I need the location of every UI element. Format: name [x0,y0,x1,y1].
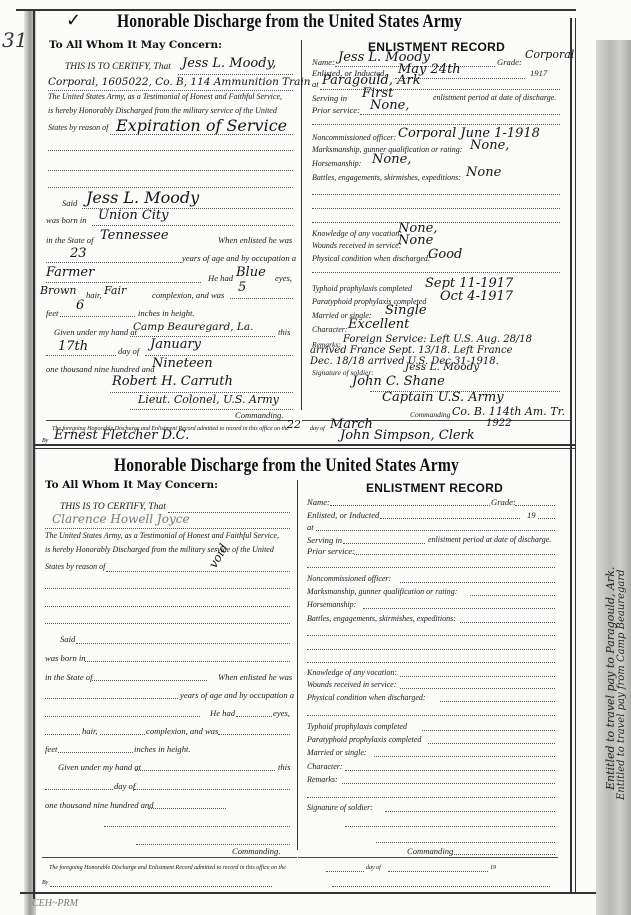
said-label-bottom: Said [60,634,75,644]
line [100,734,145,735]
at-label: at [312,79,319,89]
testimonial-line1-bottom: The United States Army, as a Testimonial… [45,531,279,540]
line [60,316,135,317]
officer-name-top-right: John C. Shane [352,374,445,389]
line [135,770,275,771]
line [58,752,133,753]
certify-line2: Corporal, 1605022, Co. B, 114 Ammunition… [48,76,311,88]
state-label: in the State of [46,235,94,245]
line [345,770,555,771]
officer-rank-top-left: Lieut. Colonel, U.S. Army [138,393,279,406]
line [134,789,290,790]
line [46,262,181,263]
paratyphoid-value: Oct 4-1917 [440,289,513,304]
age-label-bottom: years of age and by occupation a [180,690,294,700]
line [46,282,201,283]
battles-label: Battles, engagements, skirmishes, expedi… [312,173,461,182]
bottom-border [20,892,596,894]
reason-label-bottom: States by reason of [45,562,105,571]
name-label-bottom: Name: [307,497,330,507]
record-by-label: By [42,438,48,444]
horsemanship-label-bottom: Horsemanship: [307,600,356,609]
feet-label: feet [46,308,58,318]
salutation-bottom: To All Whom It May Concern: [45,479,218,491]
section-divider [35,444,575,446]
column-divider-bottom [297,480,298,850]
wounds-label-bottom: Wounds received in service: [307,680,396,689]
right-border-outer [575,18,576,894]
nco-label-bottom: Noncommissioned officer: [307,574,391,583]
line [400,688,555,689]
line [320,89,560,90]
line [106,571,290,572]
line [230,298,293,299]
line [343,543,425,544]
eyes-label: eyes, [275,273,292,283]
line [76,643,290,644]
certify-name-bottom: Clarence Howell Joyce [52,512,190,526]
month-value: January [150,337,201,352]
said-label: Said [62,198,77,208]
line [470,595,555,596]
remarks-label-bottom: Remarks: [307,775,338,784]
line [45,789,113,790]
column-divider-top [301,40,302,410]
line [46,355,116,356]
officer-name-top-left: Robert H. Carruth [112,374,233,389]
line [236,716,272,717]
line [440,701,555,702]
reason-label: States by reason of [48,123,108,132]
name-label: Name: [312,57,335,67]
line [48,90,293,91]
commanding-label-top-right: Commanding [410,410,450,419]
line [460,622,555,623]
line [45,588,290,589]
line [400,676,555,677]
serving-label-bottom: Serving in [307,535,342,545]
given-place: Camp Beauregard, La. [133,321,253,333]
line [316,530,555,531]
record-by-label-bottom: By [42,880,48,886]
marksmanship-label-bottom: Marksmanship, gunner qualification or ra… [307,587,457,596]
line [45,734,80,735]
married-value: Single [385,303,427,318]
prior-value: None, [370,98,409,113]
line [46,420,293,421]
officer-rank-top-right: Captain U.S. Army [382,390,504,405]
record-day-label-bottom: day of [366,865,381,871]
said-value: Jess L. Moody [86,188,199,207]
line [136,844,290,845]
line [307,797,555,798]
certify-label-bottom: THIS IS TO CERTIFY, That [60,502,166,512]
enlisted-age-label: When enlisted he was [218,235,292,245]
line [363,608,555,609]
year-value: Nineteen [152,356,213,371]
line [332,886,550,887]
line [515,505,555,506]
serving-suffix-bottom: enlistment period at date of discharge. [428,535,551,544]
battles-label-bottom: Battles, engagements, skirmishes, expedi… [307,614,456,623]
born-value: Union City [98,208,169,223]
line [298,857,558,858]
occupation-value: Farmer [46,265,94,280]
nco-label: Noncommissioned officer: [312,133,396,142]
signature-value: Jess L. Moody [405,361,479,373]
nco-value: Corporal June 1-1918 [398,126,540,141]
marksmanship-value: None, [470,138,509,153]
line [326,871,364,872]
at-label-bottom: at [307,522,314,532]
line [45,623,290,624]
this-label-bottom: this [278,762,290,772]
horsemanship-value: None, [372,152,411,167]
line [380,518,520,519]
line [452,854,555,855]
line [48,170,293,171]
enlisted-year-bottom: 19 [527,510,536,520]
record-year-value: 1922 [486,418,511,429]
feet-label-bottom: feet [45,744,57,754]
line [354,554,555,555]
inches-value: 6 [76,298,84,313]
line [45,528,290,529]
grade-label: Grade: [497,57,522,67]
character-label: Character: [312,325,348,334]
vocation-label: Knowledge of any vocation: [312,229,402,238]
record-day-label: day of [310,426,325,432]
line [538,518,555,519]
right-border-inner [570,18,572,894]
line [110,134,293,135]
signature-label-bottom: Signature of soldier: [307,803,373,812]
complexion-label-bottom: complexion, and was [146,726,218,736]
line [42,857,297,858]
hair-value: Brown [40,284,76,297]
married-label-bottom: Married or single: [307,748,367,757]
line [92,680,207,681]
record-clerk-value: John Simpson, Clerk [340,428,475,443]
line [312,272,560,273]
hair-label: hair, [86,290,102,300]
eyes-label-bottom: eyes, [273,708,290,718]
line [92,225,293,226]
day-label-bottom: day of [114,781,135,791]
form-title-bottom: Honorable Discharge from the United Stat… [114,455,459,477]
certify-name: Jess L. Moody, [182,56,276,71]
character-value: Excellent [348,317,409,332]
prior-label-bottom: Prior service: [307,546,355,556]
typhoid-label-bottom: Typhoid prophylaxis completed [307,722,407,731]
record-day-value: 22 [287,418,301,431]
battles-value: None [466,165,501,180]
line [307,649,555,650]
day-value: 17th [58,339,88,354]
check-mark-icon: ✓ [66,10,81,31]
physical-value: Good [428,247,462,262]
line [345,826,555,827]
born-label: was born in [46,215,87,225]
testimonial-line1: The United States Army, as a Testimonial… [48,92,282,101]
line [312,194,560,195]
line [428,743,555,744]
age-label: years of age and by occupation a [182,253,296,263]
horsemanship-label: Horsemanship: [312,159,361,168]
line [85,661,290,662]
prior-label: Prior service: [312,105,360,115]
salutation-top: To All Whom It May Concern: [49,39,222,51]
line [45,716,200,717]
enlistment-heading-bottom: ENLISTMENT RECORD [366,481,503,495]
state-label-bottom: in the State of [45,672,93,682]
age-value: 23 [70,246,87,261]
grade-label-bottom: Grade: [491,497,516,507]
complexion-value: Fair [104,284,126,297]
line [50,886,272,887]
testimonial-line2-bottom: is hereby Honorably Discharged from the … [45,545,274,554]
line [342,783,555,784]
vocation-label-bottom: Knowledge of any vocation: [307,668,397,677]
commanding-value-top-right: Co. B. 114th Am. Tr. [452,405,565,418]
born-label-bottom: was born in [45,653,86,663]
feet-value: 5 [238,280,246,295]
typhoid-label: Typhoid prophylaxis completed [312,284,412,293]
line [388,871,488,872]
line [330,505,490,506]
given-label-bottom: Given under my hand at [58,762,141,772]
line [400,582,555,583]
reason-value: Expiration of Service [116,116,287,135]
margin-note-line2: Entitled to travel pay from Camp Beaureg… [616,569,627,800]
wounds-value: None [398,233,433,248]
line [307,662,555,663]
eyes-prefix-label: He had [208,273,233,283]
line [148,808,226,809]
enlisted-label-bottom: Enlisted, or Inducted [307,510,379,520]
discharge-document: 31 ✓ Honorable Discharge from the United… [0,0,631,915]
enlisted-age-label-bottom: When enlisted he was [218,672,292,682]
record-text-bottom: The foregoing Honorable Discharge and En… [49,865,286,871]
enlisted-year: 1917 [530,68,547,78]
line [376,842,555,843]
physical-label: Physical condition when discharged: [312,254,431,263]
stamp-text: CEH~PRM [32,898,78,909]
serving-label: Serving in [312,93,347,103]
remarks-line1: Foreign Service: Left U.S. Aug. 28/18 [343,334,532,345]
state-value: Tennessee [100,228,169,243]
line [45,698,178,699]
paratyphoid-label-bottom: Paratyphoid prophylaxis completed [307,735,421,744]
this-label: this [278,327,290,337]
line [374,756,555,757]
line [48,150,293,151]
eyes-prefix-label-bottom: He had [210,708,235,718]
page-number: 31 [2,28,27,52]
inches-label: inches in height. [138,308,195,318]
line [178,74,293,75]
testimonial-line2: is hereby Honorably Discharged from the … [48,106,277,115]
complexion-label: complexion, and was [152,290,224,300]
line [104,826,290,827]
record-by-value: Ernest Fletcher D.C. [54,428,189,443]
commanding-label-top-left: Commanding. [235,410,283,420]
wounds-label: Wounds received in service: [312,241,401,250]
grade-value: Corporal [525,48,574,61]
line [218,734,290,735]
line [360,114,560,115]
serving-suffix: enlistment period at date of discharge. [433,93,556,102]
line [385,811,555,812]
line [312,208,560,209]
section-divider-2 [35,448,575,449]
physical-label-bottom: Physical condition when discharged: [307,693,426,702]
line [307,715,555,716]
left-border [33,9,35,899]
line [422,730,555,731]
eyes-value: Blue [236,265,266,280]
line [307,635,555,636]
year-label: one thousand nine hundred and [46,364,155,374]
year-label-bottom: one thousand nine hundred and [45,800,154,810]
commanding-label-bottom-left: Commanding. [232,846,280,856]
given-label: Given under my hand at [54,327,137,337]
form-title-top: Honorable Discharge from the United Stat… [117,11,462,33]
remarks-line2: arrived France Sept. 13/18. Left France [310,345,513,356]
line [307,567,555,568]
record-year-label-bottom: 19 [490,865,496,871]
hair-label-bottom: hair, [82,726,98,736]
day-label: day of [118,346,139,356]
commanding-label-bottom-right: Commanding [407,846,453,856]
character-label-bottom: Character: [307,762,343,771]
line [312,124,560,125]
line [45,606,290,607]
certify-label: THIS IS TO CERTIFY, That [65,62,171,72]
inches-label-bottom: inches in height. [134,744,191,754]
